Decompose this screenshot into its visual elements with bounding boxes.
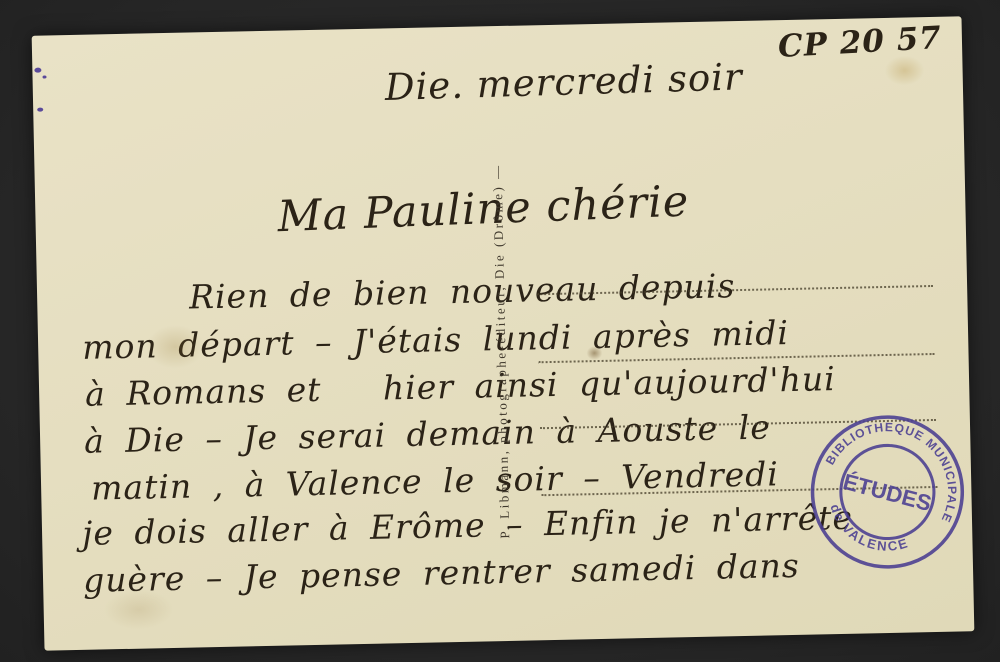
message-line: matin , à Valence le soir – Vendredi xyxy=(91,454,780,507)
catalog-number: CP 20 57 xyxy=(777,20,943,65)
library-stamp: BIBLIOTHEQUE MUNICIPALE de VALENCE ÉTUDE… xyxy=(800,404,976,580)
ink-speck xyxy=(34,68,41,73)
ink-speck xyxy=(37,108,43,112)
message-line: je dois aller à Erôme – Enfin je n'arrêt… xyxy=(82,498,854,553)
ink-speck xyxy=(42,76,46,79)
postcard-scan: Die. mercredi soir CP 20 57 Ma Pauline c… xyxy=(32,16,975,650)
stamp-center-text: ÉTUDES xyxy=(840,469,934,516)
dateline: Die. mercredi soir xyxy=(384,55,743,109)
message-line: guère – Je pense rentrer samedi dans xyxy=(83,546,800,600)
message-line: à Die – Je serai demain à Aouste le xyxy=(84,407,771,460)
message-line: à Romans et hier ainsi qu'aujourd'hui xyxy=(85,359,836,414)
salutation: Ma Pauline chérie xyxy=(277,176,691,242)
paper-stain xyxy=(884,55,925,86)
